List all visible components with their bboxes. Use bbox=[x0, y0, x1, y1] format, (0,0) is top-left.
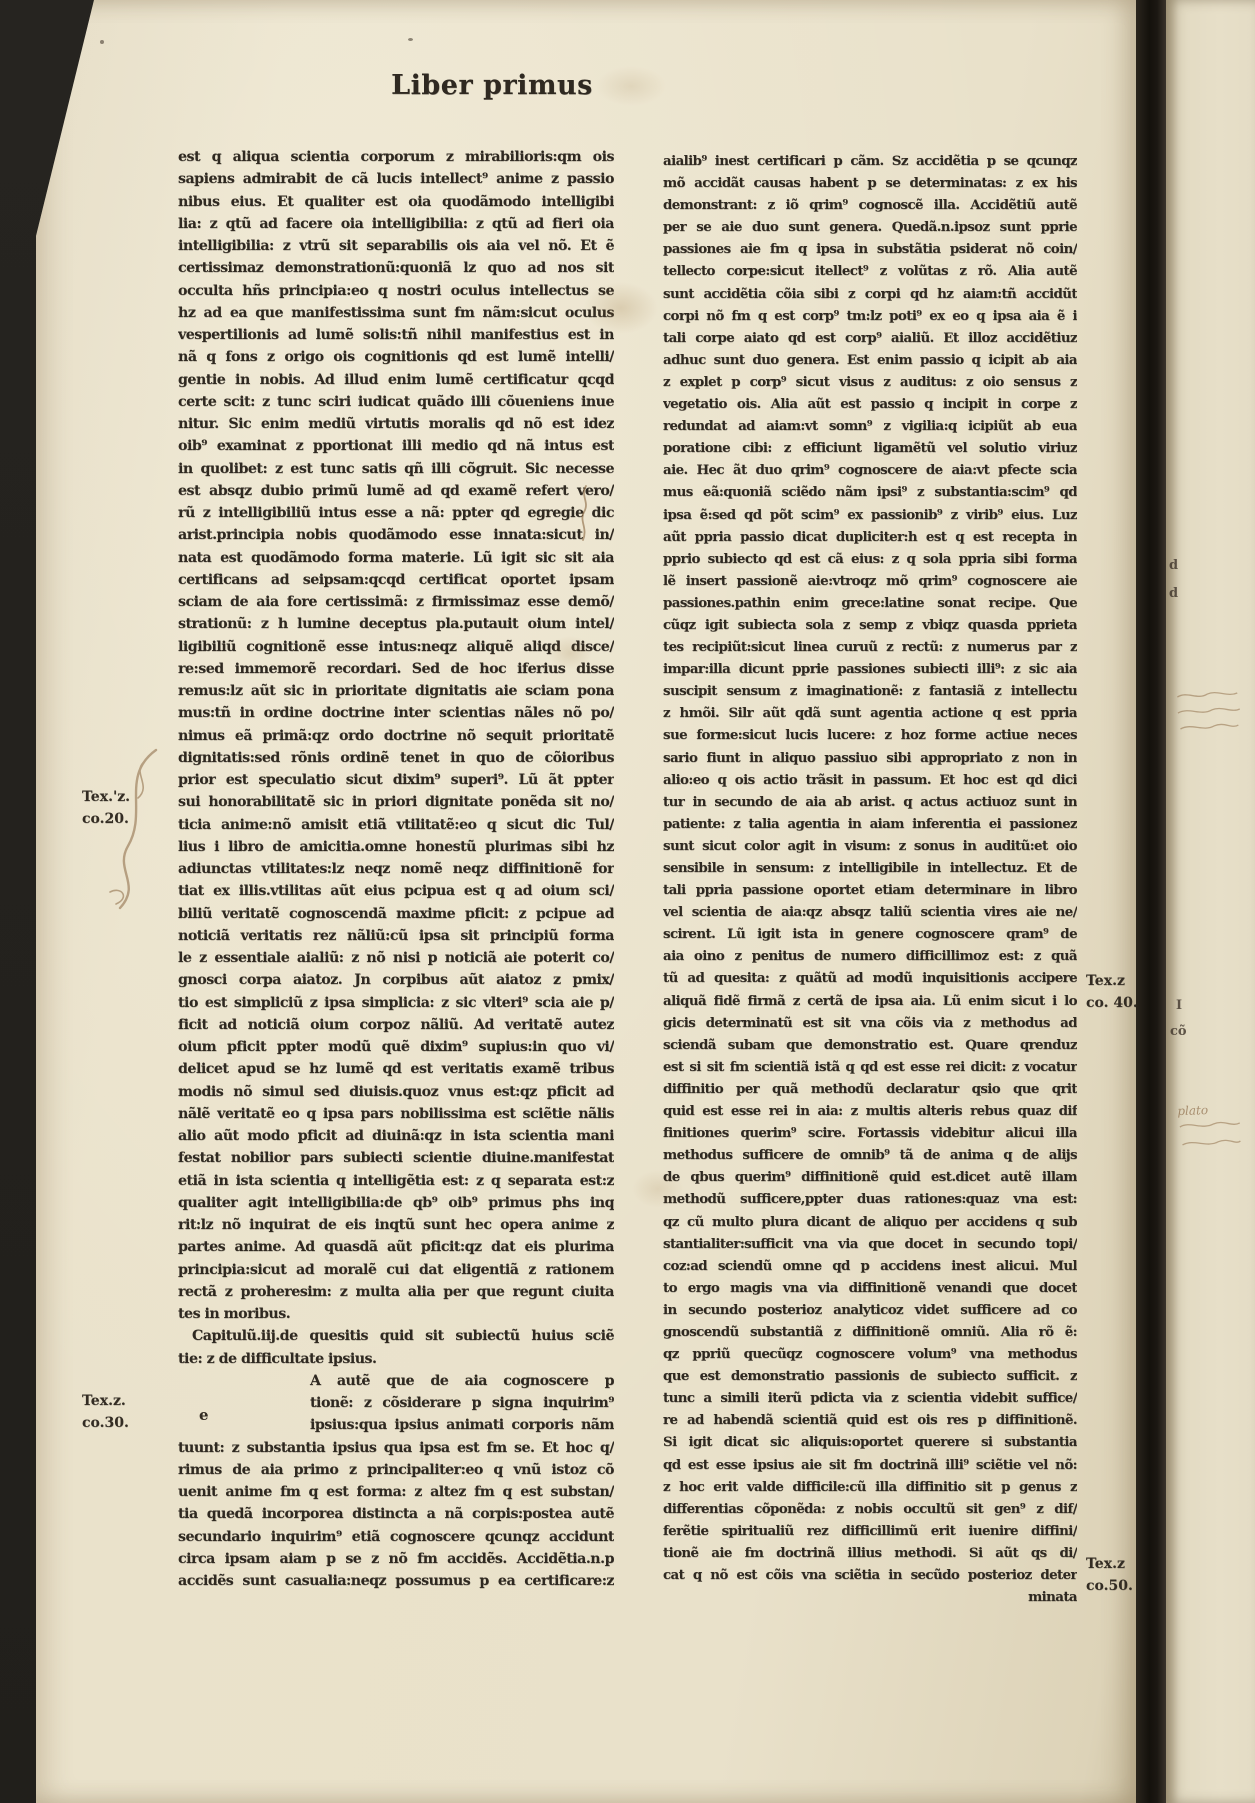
text-line: arist.principia nobis quodãmodo esse inn… bbox=[178, 524, 614, 546]
text-line: tali ppria passione oportet etiam determ… bbox=[663, 879, 1077, 901]
text-line: coz:ad sciendũ omne qd p accidens inest … bbox=[663, 1255, 1077, 1277]
text-line: rũ z intelligibiliũ intus esse a nã: ppt… bbox=[178, 502, 614, 524]
text-line: adhuc sunt duo genera. Est enim passio q… bbox=[663, 349, 1077, 371]
text-line: sunt accidẽtia cõia sibi z corpi qd hz a… bbox=[663, 283, 1077, 305]
text-line: aialib⁹ inest certificari p cãm. Sz acci… bbox=[663, 150, 1077, 172]
text-column-left: est q aliqua scientia corporum z mirabil… bbox=[178, 146, 614, 1592]
text-line: tio est simpliciũ z ipsa simplicia: z si… bbox=[178, 992, 614, 1014]
text-line: tuunt: z substantia ipsius qua ipsa est … bbox=[178, 1437, 614, 1459]
text-line: aliquã fidẽ firmã z certã de ipsa aia. L… bbox=[663, 990, 1077, 1012]
text-line: nãlẽ veritatẽ eo q ipsa pars nobilissima… bbox=[178, 1103, 614, 1125]
text-line: lia: z qtũ ad facere oia intelligibilia:… bbox=[178, 213, 614, 235]
text-line: sapiens admirabit de cã lucis intellect⁹… bbox=[178, 168, 614, 190]
text-line: que est demonstratio passionis de subiec… bbox=[663, 1365, 1077, 1387]
text-line: prior est speculatio sicut dixim⁹ superi… bbox=[178, 769, 614, 791]
text-line: corpi nõ fm q est corp⁹ tm:lz poti⁹ ex e… bbox=[663, 305, 1077, 327]
text-line: ticia anime:nõ amisit etiã vtilitatẽ:eo … bbox=[178, 814, 614, 836]
print-fragment: cõ bbox=[1170, 1024, 1187, 1039]
text-line: aie. Hec ãt duo qrim⁹ cognoscere de aia:… bbox=[663, 459, 1077, 481]
text-line: tur in secundo de aia ab arist. q actus … bbox=[663, 791, 1077, 813]
text-line: est absqz dubio primũ lumẽ ad qd examẽ r… bbox=[178, 480, 614, 502]
text-line: biliũ veritatẽ cognoscendã maxime pficit… bbox=[178, 903, 614, 925]
text-line: occulta hñs principia:eo q nostri oculus… bbox=[178, 280, 614, 302]
speck bbox=[100, 40, 104, 44]
text-line: hz ad ea que manifestissima sunt fm nãm:… bbox=[178, 302, 614, 324]
text-line: passiones aie fm q ipsa in substãtia psi… bbox=[663, 238, 1077, 260]
text-line: scirent. Lũ igit ista in genere cognosce… bbox=[663, 923, 1077, 945]
handwritten-marginalia bbox=[1173, 687, 1245, 743]
text-line: ligibiliũ cognitionẽ esse intus:neqz ali… bbox=[178, 636, 614, 658]
margin-note-line: co.50. bbox=[1086, 1575, 1133, 1597]
ink-squiggle-icon bbox=[576, 482, 594, 544]
text-line: minata bbox=[663, 1586, 1077, 1608]
text-line: stantialiter:sufficit vna via que docet … bbox=[663, 1233, 1077, 1255]
text-line: A autẽ que de aia cognoscere p demonstra… bbox=[178, 1370, 614, 1392]
text-line: nitur. Sic enim mediũ virtutis moralis q… bbox=[178, 413, 614, 435]
text-line: tũ ad quesita: z quãtũ ad modũ inquisiti… bbox=[663, 967, 1077, 989]
adjacent-page-edge: d d I cõ plato bbox=[1166, 0, 1255, 1803]
text-line: intelligibilia: z vtrũ sit separabilis o… bbox=[178, 235, 614, 257]
text-line: certissimaz demonstrationũ:quoniã lz quo… bbox=[178, 257, 614, 279]
text-line: tie: z de difficultate ipsius. bbox=[178, 1348, 614, 1370]
text-line: vel scientia de aia:qz absqz taliũ scien… bbox=[663, 901, 1077, 923]
text-line: vegetatio ois. Alia aũt est passio q inc… bbox=[663, 393, 1077, 415]
text-line: certificans ad seipsam:qcqd certificat o… bbox=[178, 569, 614, 591]
text-line: modis nõ simul sed diuisis.quoz vnus est… bbox=[178, 1081, 614, 1103]
text-line: gentie in nobis. Ad illud enim lumẽ cert… bbox=[178, 369, 614, 391]
text-line: tiat ex illis.vtilitas aũt eius pcipua e… bbox=[178, 880, 614, 902]
text-line: ferẽtie spiritualiũ rez difficillimũ eri… bbox=[663, 1520, 1077, 1542]
text-line: vespertilionis ad lumẽ solis:tñ nihil ma… bbox=[178, 324, 614, 346]
text-line: le z essentiale aialiũ: z nõ nisi p noti… bbox=[178, 947, 614, 969]
print-fragment: d bbox=[1169, 558, 1178, 573]
text-line: demonstrant: z iõ qrim⁹ cognoscẽ illa. A… bbox=[663, 194, 1077, 216]
text-line: tellecto corpe:sicut itellect⁹ z volũtas… bbox=[663, 260, 1077, 282]
text-line: lẽ insert passionẽ aie:vtroqz mõ qrim⁹ c… bbox=[663, 570, 1077, 592]
text-line: tes recipiũt:sicut linea curuũ z rectũ: … bbox=[663, 636, 1077, 658]
text-line: methodus sufficere de omnib⁹ tã de anima… bbox=[663, 1144, 1077, 1166]
text-line: accidẽs sunt casualia:neqz possumus p ea… bbox=[178, 1570, 614, 1592]
text-line: ipsa ẽ:sed qd põt scim⁹ ex passionib⁹ z … bbox=[663, 504, 1077, 526]
text-line: sui honorabilitatẽ sic in priori dignita… bbox=[178, 791, 614, 813]
text-line: est si sit fm scientiã istã q qd est ess… bbox=[663, 1056, 1077, 1078]
text-line: per se aie duo sunt genera. Quedã.n.ipso… bbox=[663, 216, 1077, 238]
text-line: dignitatis:sed rõnis ordinẽ tenet in quo… bbox=[178, 747, 614, 769]
text-line: sario fiunt in aliquo passiuo sibi appro… bbox=[663, 747, 1077, 769]
text-line: nata est quodãmodo forma materie. Lũ igi… bbox=[178, 547, 614, 569]
text-line: tionẽ aie fm doctrinã illius methodi. Si… bbox=[663, 1542, 1077, 1564]
margin-note-tex-co50: Tex.z co.50. bbox=[1086, 1553, 1133, 1597]
margin-note-line: co. 40. bbox=[1086, 992, 1138, 1014]
text-line: sensibile in sensum: z intelligibile in … bbox=[663, 857, 1077, 879]
text-line: gicis determinatũ est sit vna cõis via z… bbox=[663, 1012, 1077, 1034]
text-line: nã q fons z origo ois cognitionis qd est… bbox=[178, 346, 614, 368]
text-line: festat nobilior pars subiecti scientie d… bbox=[178, 1147, 614, 1169]
text-line: noticiã veritatis rez nãliũ:cũ ipsa sit … bbox=[178, 925, 614, 947]
text-line: rit:lz nõ inquirat de eis inqtũ sunt hec… bbox=[178, 1214, 614, 1236]
text-line: tionẽ: z cõsiderare p signa inquirim⁹ su… bbox=[178, 1392, 614, 1414]
text-line: methodũ sufficere,ppter duas rationes:qu… bbox=[663, 1188, 1077, 1210]
text-line: mõ accidãt causas habent p se determinat… bbox=[663, 172, 1077, 194]
text-line: rectã z proheresim: z multa alia per que… bbox=[178, 1281, 614, 1303]
text-line: lius i libro de amicitia.omne honestũ pl… bbox=[178, 836, 614, 858]
handwriting-scribble-icon bbox=[1173, 687, 1245, 743]
photo-background: Liber primus est q aliqua scientia corpo… bbox=[0, 0, 1255, 1803]
book-page: Liber primus est q aliqua scientia corpo… bbox=[36, 0, 1136, 1803]
margin-note-line: Tex.z bbox=[1086, 970, 1138, 992]
margin-note-line: co.30. bbox=[82, 1412, 129, 1434]
text-line: finitiones querim⁹ scire. Fortassis vide… bbox=[663, 1122, 1077, 1144]
margin-note-line: Tex.z bbox=[1086, 1553, 1133, 1575]
text-line: aũt ppria passio dicat dupliciter:h est … bbox=[663, 526, 1077, 548]
text-line: tia quedã incorporea distincta a nã corp… bbox=[178, 1503, 614, 1525]
text-line: de qbus querim⁹ diffinitionẽ quid est.di… bbox=[663, 1166, 1077, 1188]
print-fragment: d bbox=[1169, 586, 1178, 601]
text-line: est q aliqua scientia corporum z mirabil… bbox=[178, 146, 614, 168]
text-line: gnosci corpa aiatoz. Jn corpibus aũt aia… bbox=[178, 969, 614, 991]
text-line: qz ppriũ quecũqz cognoscere volum⁹ vna m… bbox=[663, 1343, 1077, 1365]
text-line: tes in moribus. bbox=[178, 1303, 614, 1325]
handwriting-scribble-icon bbox=[1178, 1117, 1243, 1159]
text-line: z explet p corp⁹ sicut visus z auditus: … bbox=[663, 371, 1077, 393]
text-line: nimus eã primã:qz ordo doctrine nõ sequi… bbox=[178, 725, 614, 747]
text-line: remus:lz aũt sic in prioritate dignitati… bbox=[178, 680, 614, 702]
text-line: patiente: z talia agentia in aiam infere… bbox=[663, 813, 1077, 835]
text-line: partes anime. Ad quasdã aũt pficit:qz da… bbox=[178, 1236, 614, 1258]
speck bbox=[408, 38, 413, 41]
text-line: pprio subiecto qd est cã eius: z q sola … bbox=[663, 548, 1077, 570]
text-line: adiunctas vtilitates:lz neqz nomẽ neqz d… bbox=[178, 858, 614, 880]
text-line: etiã in ista scientia q intelligẽtia est… bbox=[178, 1170, 614, 1192]
text-line: principia:sicut ad moralẽ cui dat eligen… bbox=[178, 1259, 614, 1281]
text-line: qz cũ multo plura dicant de aliquo per a… bbox=[663, 1211, 1077, 1233]
text-line: sue forme:sicut lucis lucere: z hoz form… bbox=[663, 724, 1077, 746]
text-line: in secundo posterioz analyticoz videt su… bbox=[663, 1299, 1077, 1321]
text-line: redundat ad aiam:vt somn⁹ z vigilia:q ic… bbox=[663, 415, 1077, 437]
text-line: uenit anime fm q est forma: z altez fm q… bbox=[178, 1481, 614, 1503]
handwritten-marginalia: plato bbox=[1177, 1101, 1243, 1159]
text-line: oib⁹ examinat z pportionat illi medio qd… bbox=[178, 435, 614, 457]
text-line: re:sed immemorẽ recordari. Sed de hoc if… bbox=[178, 658, 614, 680]
text-line: differentias cõponẽda: z nobis occultũ s… bbox=[663, 1498, 1077, 1520]
text-line: qualiter agit intelligibilia:de qb⁹ oib⁹… bbox=[178, 1192, 614, 1214]
margin-note-tex-co30: Tex.z. co.30. bbox=[82, 1390, 129, 1434]
text-line: secundario inquirim⁹ etiã cognoscere qcu… bbox=[178, 1526, 614, 1548]
text-line: tunc a simili iterũ pdicta via z scienti… bbox=[663, 1387, 1077, 1409]
text-line: tali corpe aiato qd est corp⁹ aialiũ. Et… bbox=[663, 327, 1077, 349]
text-line: delicet apud se hz lumẽ qd est veritatis… bbox=[178, 1058, 614, 1080]
text-line: mus:tñ in ordine doctrine inter scientia… bbox=[178, 702, 614, 724]
text-column-right: aialib⁹ inest certificari p cãm. Sz acci… bbox=[663, 150, 1077, 1608]
text-line: alio aũt modo pficit ad diuinã:qz in ist… bbox=[178, 1125, 614, 1147]
text-line: re ad habendã scientiã quid est ois res … bbox=[663, 1409, 1077, 1431]
text-line: z hmõi. Silr aũt qdã sunt agentia action… bbox=[663, 702, 1077, 724]
text-line: z hoc erit valde difficile:cũ illa diffi… bbox=[663, 1476, 1077, 1498]
margin-note-tex-co40: Tex.z co. 40. bbox=[1086, 970, 1138, 1014]
text-line: Si igit dicat sic aliquis:oportet querer… bbox=[663, 1431, 1077, 1453]
pen-flourish-icon bbox=[86, 742, 178, 922]
text-line: strationũ: z h lumine deceptus pla.putau… bbox=[178, 613, 614, 635]
print-fragment: I bbox=[1176, 998, 1182, 1013]
text-line: rimus de aia primo z principaliter:eo q … bbox=[178, 1459, 614, 1481]
text-line: in quolibet: z est tunc satis qñ illi cõ… bbox=[178, 458, 614, 480]
text-line: gnoscendũ substantiã z diffinitionẽ omni… bbox=[663, 1321, 1077, 1343]
initial-guide-letter: e bbox=[199, 1404, 209, 1426]
text-line: certe scit: z tunc sciri iudicat quãdo i… bbox=[178, 391, 614, 413]
text-line: cũqz igit subiecta sola z semp z vbiqz q… bbox=[663, 614, 1077, 636]
text-line: impar:illa dicunt pprie passiones subiec… bbox=[663, 658, 1077, 680]
text-line: alio:eo q ois actio trãsit in passum. Et… bbox=[663, 769, 1077, 791]
text-line: diffinitio per quã methodũ declaratur qs… bbox=[663, 1078, 1077, 1100]
text-line: ficit ad noticiã oium corpoz nãliũ. Ad v… bbox=[178, 1014, 614, 1036]
text-line: mus eã:quoniã sciẽdo nãm ipsi⁹ z substan… bbox=[663, 481, 1077, 503]
text-line: ipsius:qua ipsius animati corporis nãm c… bbox=[178, 1414, 614, 1436]
text-line: aia oino z penitus de numero difficillim… bbox=[663, 945, 1077, 967]
text-line: cat q nõ est cõis vna sciẽtia in secũdo … bbox=[663, 1564, 1077, 1586]
text-line: suscipit sensum z imaginationẽ: z fantas… bbox=[663, 680, 1077, 702]
text-line: sunt sicut color agit in visum: z sonus … bbox=[663, 835, 1077, 857]
text-line: poratione cibi: z efficiunt ligamẽtũ vel… bbox=[663, 437, 1077, 459]
text-line: sciendã subam que demonstratio est. Quar… bbox=[663, 1034, 1077, 1056]
page-header: Liber primus bbox=[342, 70, 642, 101]
text-line: nibus eius. Et qualiter est oia quodãmod… bbox=[178, 191, 614, 213]
text-line: oium pficit ppter modũ quẽ dixim⁹ supius… bbox=[178, 1036, 614, 1058]
text-line: qd est esse ipsius aie sit fm doctrinã i… bbox=[663, 1454, 1077, 1476]
text-line: sciam de aia fore certissimã: z firmissi… bbox=[178, 591, 614, 613]
text-line: quid est esse rei in aia: z multis alter… bbox=[663, 1100, 1077, 1122]
margin-note-line: Tex.z. bbox=[82, 1390, 129, 1412]
text-line: circa ipsam aiam p se z nõ fm accidẽs. A… bbox=[178, 1548, 614, 1570]
text-line: Capitulũ.iij.de quesitis quid sit subiec… bbox=[178, 1325, 614, 1347]
text-line: passiones.pathin enim grece:latine sonat… bbox=[663, 592, 1077, 614]
binding-gutter-shadow bbox=[1136, 0, 1166, 1803]
text-line: to ergo magis vna via diffinitionẽ venan… bbox=[663, 1277, 1077, 1299]
